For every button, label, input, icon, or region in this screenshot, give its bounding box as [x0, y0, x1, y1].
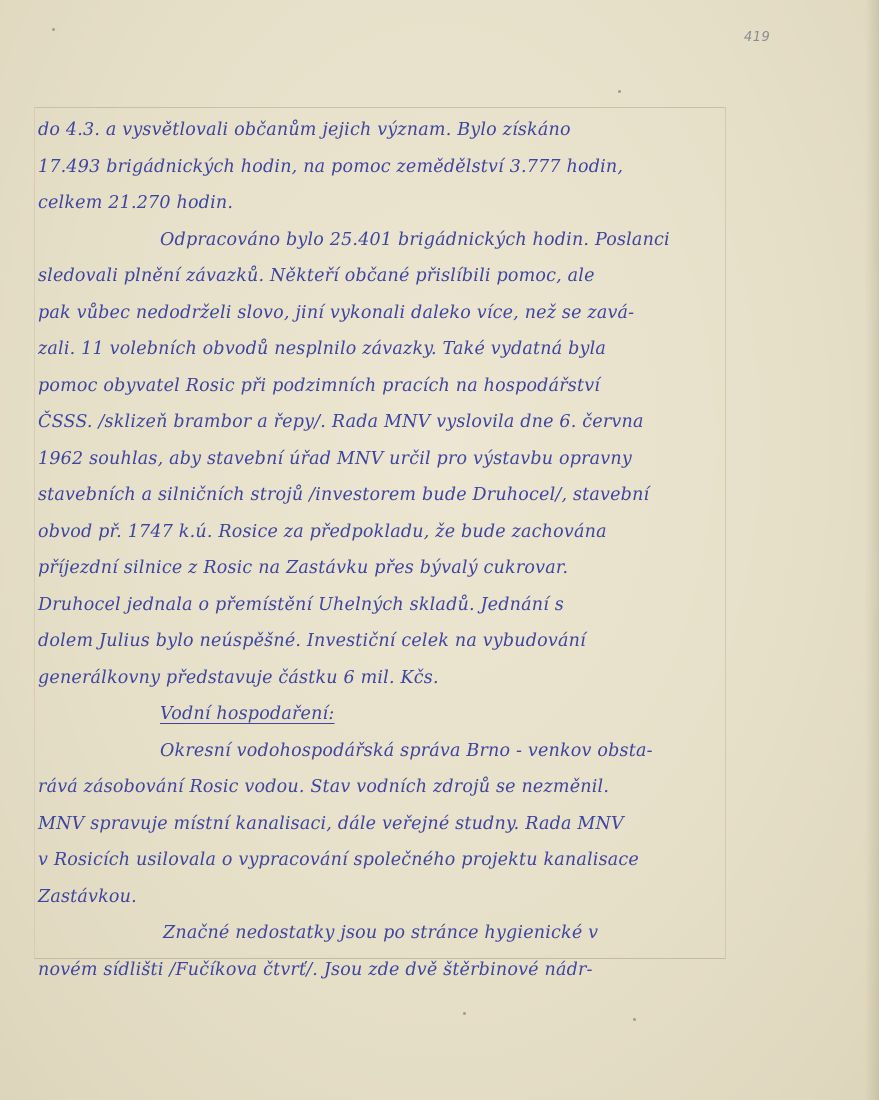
text-line: zali. 11 volebních obvodů nesplnilo záva… [38, 331, 728, 368]
text-line: v Rosicích usilovala o vypracování spole… [38, 842, 728, 879]
text-line: MNV spravuje místní kanalisaci, dále veř… [38, 806, 728, 843]
text-line: Druhocel jednala o přemístění Uhelných s… [38, 587, 728, 624]
page-number: 419 [744, 30, 770, 45]
paper-speck [633, 1018, 636, 1021]
handwritten-text: do 4.3. a vysvětlovali občanům jejich vý… [38, 112, 728, 988]
page-edge-shadow [865, 0, 879, 1100]
text-line: 1962 souhlas, aby stavební úřad MNV urči… [38, 441, 728, 478]
text-line: obvod př. 1747 k.ú. Rosice za předpoklad… [38, 514, 728, 551]
text-line: do 4.3. a vysvětlovali občanům jejich vý… [38, 112, 728, 149]
paragraph-start: Značné nedostatky jsou po stránce hygien… [38, 915, 728, 952]
text-line: generálkovny představuje částku 6 mil. K… [38, 660, 728, 697]
text-line: pak vůbec nedodrželi slovo, jiní vykonal… [38, 295, 728, 332]
section-heading: Vodní hospodaření: [38, 696, 728, 733]
text-line: 17.493 brigádnických hodin, na pomoc zem… [38, 149, 728, 186]
text-line: Zastávkou. [38, 879, 728, 916]
text-line: dolem Julius bylo neúspěšné. Investiční … [38, 623, 728, 660]
text-line: ČSSS. /sklizeň brambor a řepy/. Rada MNV… [38, 404, 728, 441]
text-line: pomoc obyvatel Rosic při podzimních prac… [38, 368, 728, 405]
paper-speck [463, 1012, 466, 1015]
paper-speck [618, 90, 621, 93]
paragraph-start: Okresní vodohospodářská správa Brno - ve… [38, 733, 728, 770]
paper-speck [52, 28, 55, 31]
text-line: sledovali plnění závazků. Někteří občané… [38, 258, 728, 295]
notebook-page: 419 do 4.3. a vysvětlovali občanům jejic… [0, 0, 879, 1100]
paragraph-start: Odpracováno bylo 25.401 brigádnických ho… [38, 222, 728, 259]
text-line: novém sídlišti /Fučíkova čtvrť/. Jsou zd… [38, 952, 728, 989]
text-line: stavebních a silničních strojů /investor… [38, 477, 728, 514]
text-line: celkem 21.270 hodin. [38, 185, 728, 222]
text-line: příjezdní silnice z Rosic na Zastávku př… [38, 550, 728, 587]
section-heading-text: Vodní hospodaření: [160, 704, 334, 724]
text-line: rává zásobování Rosic vodou. Stav vodníc… [38, 769, 728, 806]
